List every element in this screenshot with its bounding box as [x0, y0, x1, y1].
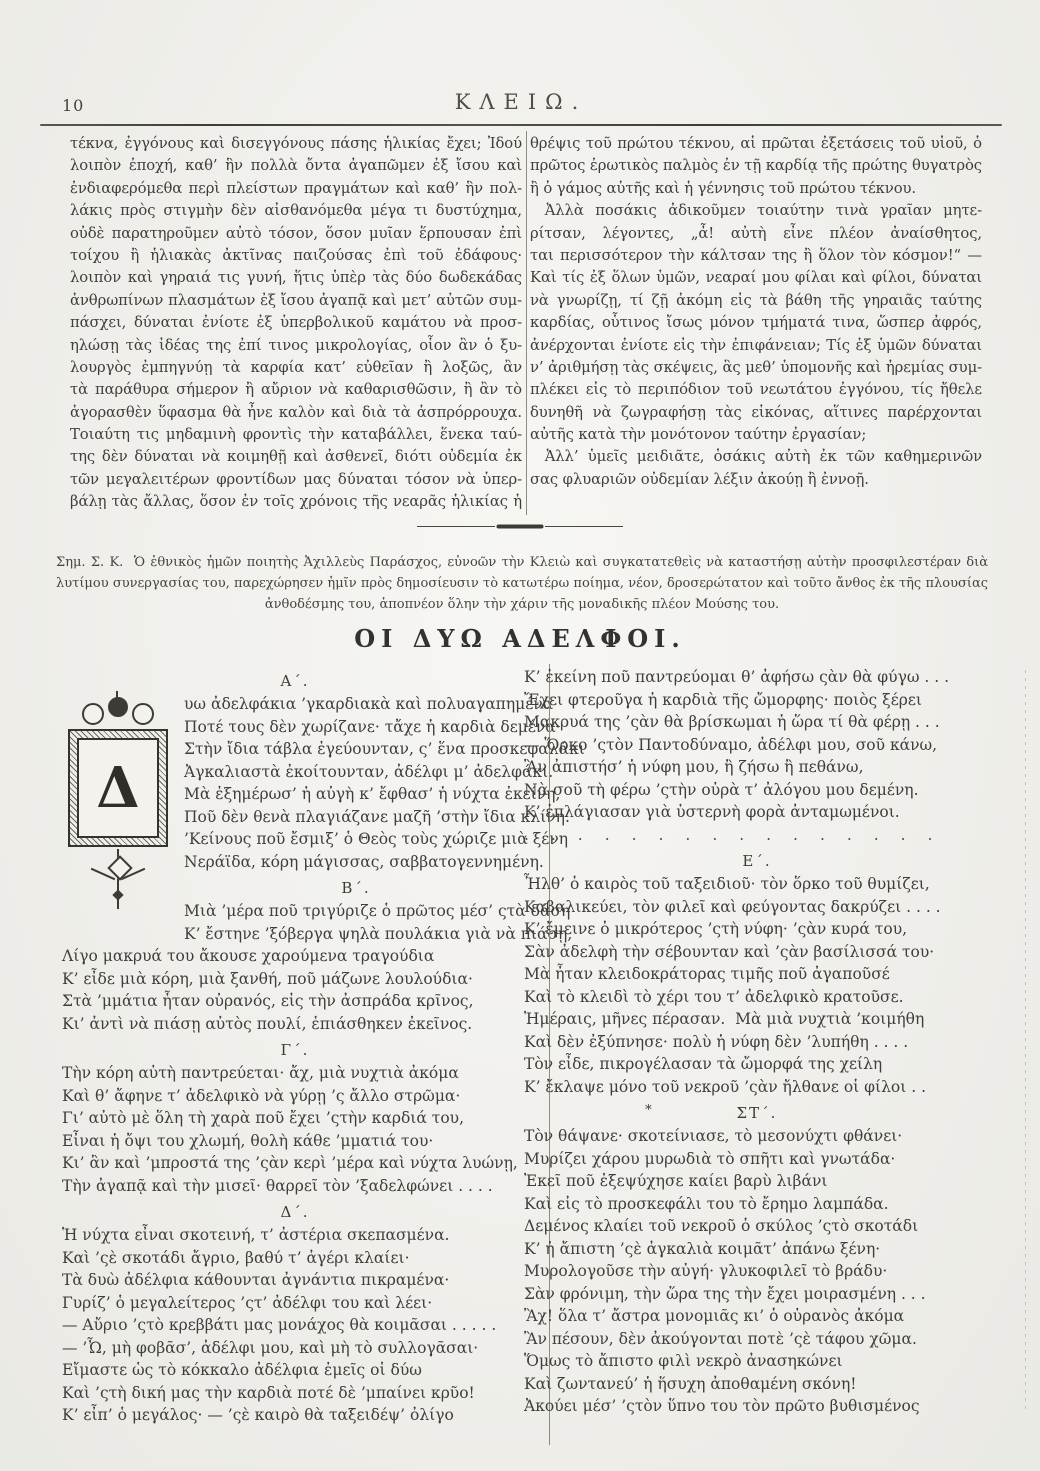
page-edge-artifact — [1025, 670, 1026, 1411]
poem-line: Λίγο μακρυά του ἄκουσε χαρούμενα τραγούδ… — [62, 945, 528, 968]
poem-line: Ἐκεῖ ποῦ ἐξεψύχησε καίει βαρὺ λιβάνι — [524, 1170, 990, 1193]
poem-line: Κ’ ἐπλάγιασαν γιὰ ὑστερνὴ φορὰ ἀνταμωμέν… — [524, 801, 990, 824]
poem-line: Ἀκούει μέσ’ ’ςτὸν ὕπνο του τὸν πρῶτο βυθ… — [524, 1395, 990, 1418]
poem-line: Καὶ ’ςὲ σκοτάδι ἄγριο, βαθύ τ’ ἀγέρι κλα… — [62, 1247, 528, 1270]
poem-line: Μακρυά της ’ςὰν θὰ βρίσκωμαι ἡ ὥρα τί θὰ… — [524, 711, 990, 734]
section-divider-ornament — [0, 519, 1040, 533]
ornament-top-flourish — [62, 695, 174, 729]
masthead-title: ΚΛΕΙΩ. — [40, 90, 1002, 114]
page-header: 10 ΚΛΕΙΩ. — [40, 88, 1002, 128]
poem-section-heading: Α΄. — [62, 671, 528, 691]
text-line: λάκις πρὸς στιγμὴν δὲν αἰσθανόμεθα μέγα … — [70, 200, 522, 222]
poem-line: Ἂν ἀπιστήσ’ ἡ νύφη μου, ἢ ζήσω ἢ πεθάνω, — [524, 756, 990, 779]
poem-line: Τὸν εἶδε, πικρογέλασαν τὰ ὤμορφά της χεί… — [524, 1053, 990, 1076]
text-line: ται περισσότερον τὴν κάλτσαν της ἢ ὅλον … — [530, 245, 982, 267]
poem-line: Κ’ ἡ ἄπιστη ’ςὲ ἀγκαλιὰ κοιμᾶτ’ ἀπάνω ξέ… — [524, 1238, 990, 1261]
poem-line: Στὰ ’μμάτια ἦταν οὐρανός, εἰς τὴν ἀσπράδ… — [62, 990, 528, 1013]
poem-line: Ἂχ! ὅλα τ’ ἄστρα μονομιᾶς κι’ ὁ οὐρανὸς … — [524, 1305, 990, 1328]
poem-line: Κ’ εἶδε μιὰ κόρη, μιὰ ξανθή, ποῦ μάζωνε … — [62, 968, 528, 991]
text-line: καρδίας, οὗτινος ἴσως μόνον τμήματά τινα… — [530, 312, 982, 334]
text-line: ἐνδιαφερόμεθα περὶ πλείστων πραγμάτων κα… — [70, 178, 522, 200]
dropcap-frame: Δ — [68, 729, 168, 847]
text-line: ἢ ὁ γάμος αὐτῆς καὶ ἡ γέννησις τοῦ πρώτο… — [530, 178, 982, 200]
poem-col-right: Κ’ ἐκείνη ποῦ παντρεύομαι θ’ ἀφήσω ςὰν θ… — [524, 666, 990, 1418]
poem-line: Μυρίζει χάρου μυρωδιὰ τὸ σπῆτι καὶ γνωτά… — [524, 1148, 990, 1171]
poem-line: Καὶ τὸ κλειδὶ τὸ χέρι του τ’ ἀδελφικὸ κρ… — [524, 986, 990, 1009]
text-line: της δὲν δύναται νὰ κοιμηθῇ καὶ ἀσθενεῖ, … — [70, 446, 522, 468]
poem-line: Κ’ ἔμεινε ὁ μικρότερος ’ςτὴ νύφη· ’ςὰν κ… — [524, 918, 990, 941]
poem-line: Νὰ σοῦ τὴ φέρω ’ςτὴν οὐρὰ τ’ ἀλόγου μου … — [524, 779, 990, 802]
text-line: ν’ ἀριθμήσῃ τὰς σκέψεις, ἃς μεθ’ ὑπομονῆ… — [530, 357, 982, 379]
poem-line: Καβαλικεύει, τὸν φιλεῖ καὶ φεύγοντας δακ… — [524, 896, 990, 919]
text-line: τῶν μεγαλειτέρων φροντίδων μας δύναται τ… — [70, 469, 522, 491]
text-line: Τοιαύτη τις μηδαμινὴ φροντὶς τὴν καταβάλ… — [70, 424, 522, 446]
poem-line: Τὴν ἀγαπᾷ καὶ τὴν μισεῖ· θαρρεῖ τὸν ’ξαδ… — [62, 1175, 528, 1198]
text-line: βάλῃ τὰς ἄλλας, ὅσον ἐν τοῖς χρόνοις τῆς… — [70, 491, 522, 513]
poem-line: Ἂν πέσουν, δὲν ἀκούγονται ποτὲ ’ςὲ τάφου… — [524, 1328, 990, 1351]
poem-section-heading: Ε΄. — [524, 851, 990, 871]
poem-line: Ἡμέραις, μῆνες πέρασαν. Μὰ μιὰ νυχτιὰ ’κ… — [524, 1008, 990, 1031]
poem-line: Κι’ ἂν καὶ ’μπροστά της ’ςὰν κερὶ ’μέρα … — [62, 1152, 528, 1175]
poem-line: Κι’ ἀντὶ νὰ πιάσῃ αὐτὸς πουλί, ἐπιάσθηκε… — [62, 1013, 528, 1036]
poem-title: ΟΙ ΔΥΩ ΑΔΕΛΦΟΙ. — [0, 624, 1040, 653]
text-line: πλέκει εἰς τὸ περιπόδιον τοῦ νεωτάτου ἐγ… — [530, 379, 982, 401]
poem-line: Τὸν θάψανε· σκοτείνιασε, τὸ μεσονύχτι φθ… — [524, 1125, 990, 1148]
column-divider — [526, 131, 527, 515]
text-line: πάσχει, δύναται ἐνίοτε ἐξ ὑπερβολικοῦ κα… — [70, 312, 522, 334]
article-col-left: τέκνα, ἐγγόνους καὶ δισεγγόνους πάσης ἡλ… — [70, 133, 522, 514]
poem-line: . . . . . . . . . . . . . . . . — [524, 824, 990, 847]
poem-line: Δεμένος κλαίει τοῦ νεκροῦ ὁ σκύλος ’ςτὸ … — [524, 1215, 990, 1238]
scanned-page: 10 ΚΛΕΙΩ. τέκνα, ἐγγόνους καὶ δισεγγόνου… — [0, 0, 1040, 1471]
text-line: νὰ γνωρίζῃ, τί ζῇ ἀκόμη εἰς τὰ βάθη τῆς … — [530, 290, 982, 312]
text-line: λοιπὸν καὶ γηραιά τις γυνή, ἥτις ὑπὲρ τὰ… — [70, 267, 522, 289]
poem-section-heading: ΣΤ΄.* — [524, 1103, 990, 1123]
poem-line: Κ’ ἐκείνη ποῦ παντρεύομαι θ’ ἀφήσω ςὰν θ… — [524, 666, 990, 689]
poem-line: — Αὔριο ’ςτὸ κρεββάτι μας μονάχος θὰ κοι… — [62, 1314, 528, 1337]
poem-line: Καὶ δὲν ἐξύπνησε· πολὺ ἡ νύφη δὲν ’λυπήθ… — [524, 1031, 990, 1054]
poem-col-left: Α΄. Δ υω ἀδελφάκια ’γκαρδιακὰ καὶ πολυαγ… — [62, 666, 528, 1427]
text-line: ἀγορασθὲν ὕφασμα θὰ ἦνε καλὸν καὶ διὰ τὰ… — [70, 402, 522, 424]
poem-section: Α΄. Δ υω ἀδελφάκια ’γκαρδιακὰ καὶ πολυαγ… — [62, 666, 992, 1449]
poem-line: Ἦλθ’ ὁ καιρὸς τοῦ ταξειδιοῦ· τὸν ὅρκο το… — [524, 873, 990, 896]
text-line: ηλώσῃ τὰς ἰδέας της ἐπί τινος μικρολογία… — [70, 335, 522, 357]
poem-line: Μυρολογοῦσε τὴν αὐγή· γλυκοφιλεῖ τὸ βράδ… — [524, 1260, 990, 1283]
text-line: Ἀλλὰ ποσάκις ἀδικοῦμεν τοιαύτην τινὰ γρα… — [530, 200, 982, 222]
poem-line: Εἶναι ἡ ὄψι του χλωμή, θολὴ κάθε ’μματιά… — [62, 1130, 528, 1153]
poem-line: Καὶ ζωντανεύ’ ἡ ἥσυχη ἀποθαμένη σκόνη! — [524, 1373, 990, 1396]
text-line: Ἀλλ’ ὑμεῖς μειδιᾶτε, ὁσάκις αὐτὴ ἐκ τῶν … — [530, 446, 982, 468]
poem-line: Τὰ δυὼ ἀδέλφια κάθουνται ἀγνάντια πικραμ… — [62, 1269, 528, 1292]
poem-line: — ’Ὦ, μὴ φοβᾶσ’, ἀδέλφι μου, καὶ μὴ τὸ σ… — [62, 1337, 528, 1360]
divider-ornament-center — [497, 525, 543, 528]
editor-note: Σημ. Σ. Κ. Ὁ ἐθνικὸς ἡμῶν ποιητὴς Ἀχιλλε… — [56, 552, 988, 615]
text-line: Καὶ τίς ἐξ ὅλων ὑμῶν, νεαραί μου φίλαι κ… — [530, 267, 982, 289]
poem-line: Καὶ εἰς τὸ προσκεφάλι του τὸ ἔρημο λαμπά… — [524, 1193, 990, 1216]
poem-section-heading: Γ΄. — [62, 1040, 528, 1060]
text-line: δυνηθῆ νὰ ζωγραφήσῃ τὰς εἰκόνας, αἵτινες… — [530, 402, 982, 424]
poem-line: Σὰν ἀδελφὴ τὴν σέβουνταν καὶ ’ςὰν βασίλι… — [524, 941, 990, 964]
poem-line: Καὶ ’ςτὴ δική μας τὴν καρδιὰ ποτέ δὲ ’μπ… — [62, 1382, 528, 1405]
poem-line: Γι’ αὐτὸ μὲ ὅλη τὴ χαρὰ ποῦ ἔχει ’ςτὴν κ… — [62, 1107, 528, 1130]
poem-line: Ἔχει φτεροῦγα ἡ καρδιὰ τῆς ὤμορφης· ποιὸ… — [524, 689, 990, 712]
poem-line: Εἴμαστε ὡς τὸ κόκκαλο ἀδέλφια ἐμεῖς οἱ δ… — [62, 1359, 528, 1382]
header-rule — [40, 124, 1002, 126]
poem-line: Κ’ ἔκλαψε μόνο τοῦ νεκροῦ ’ςὰν ἤλθανε οἱ… — [524, 1076, 990, 1099]
poem-line: Ὅμως τὸ ἄπιστο φιλὶ νεκρὸ ἀνασηκώνει — [524, 1350, 990, 1373]
poem-line: Γυρίζ’ ὁ μεγαλείτερος ’ςτ’ ἀδέλφι του κα… — [62, 1292, 528, 1315]
text-line: λυτίμου συνεργασίας του, παρεχώρησεν ἡμῖ… — [56, 573, 988, 594]
text-line: Σημ. Σ. Κ. Ὁ ἐθνικὸς ἡμῶν ποιητὴς Ἀχιλλε… — [56, 552, 988, 573]
text-line: σας φλυαριῶν οὐδεμίαν λέξιν ἀκούῃ ἢ ἐννο… — [530, 469, 982, 491]
poem-line: Ἡ νύχτα εἶναι σκοτεινή, τ’ ἀστέρια σκεπα… — [62, 1224, 528, 1247]
text-line: λουργὸς ἐμπηγνύῃ τὰ καρφία κατ’ εὐθεῖαν … — [70, 357, 522, 379]
text-line: ἀνθοδέσμης του, ἀποπνέον ὅλην τὴν χάριν … — [56, 594, 988, 615]
poem-line: Τὴν κόρη αὐτὴ παντρεύεται· ἄχ, μιὰ νυχτι… — [62, 1062, 528, 1085]
poem-section-heading: Β΄. — [62, 878, 528, 898]
article-section: τέκνα, ἐγγόνους καὶ δισεγγόνους πάσης ἡλ… — [70, 133, 982, 519]
text-line: τέκνα, ἐγγόνους καὶ δισεγγόνους πάσης ἡλ… — [70, 133, 522, 155]
dropcap-letter: Δ — [96, 760, 139, 816]
poem-line: — Ὅρκο ’ςτὸν Παντοδύναμο, ἀδέλφι μου, σο… — [524, 734, 990, 757]
text-line: πρῶτος ἐρωτικὸς παλμὸς ἐν τῇ καρδίᾳ τῆς … — [530, 155, 982, 177]
divider-line-left — [417, 526, 495, 527]
poem-line: Κ’ εἶπ’ ὁ μεγάλος· — ’ςὲ καιρὸ θὰ ταξειδ… — [62, 1404, 528, 1427]
text-line: λοιπὸν ἐποχή, καθ’ ἣν πολλὰ ὄντα ἀγαπῶμε… — [70, 155, 522, 177]
text-line: ρίτσαν, λέγοντες, „ἆ! αὐτὴ εἶνε πλέον ἀν… — [530, 223, 982, 245]
text-line: ἀνθρωπίνων πλασμάτων ἐξ ἴσου ἀγαπᾷ καὶ μ… — [70, 290, 522, 312]
section-asterisk: * — [645, 1101, 654, 1121]
poem-line: Σὰν φρόνιμη, τὴν ὥρα της τὴν ἔχει μοιρασ… — [524, 1283, 990, 1306]
divider-line-right — [545, 526, 623, 527]
text-line: τοίχου ἢ ἡλιακὰς ἀκτῖνας παιζούσας ἐπὶ τ… — [70, 245, 522, 267]
text-line: τὰ παράθυρα σήμερον ἢ αὔριον νὰ καθαρισθ… — [70, 379, 522, 401]
poem-line: Καὶ θ’ ἄφηνε τ’ ἀδελφικὸ νὰ γύρῃ ’ς ἄλλο… — [62, 1085, 528, 1108]
poem-line: Μὰ ἦταν κλειδοκράτορας τιμῆς ποῦ ἀγαποῦσ… — [524, 963, 990, 986]
poem-line: Κ’ ἔστηνε ’ξόβεργα ψηλὰ πουλάκια γιὰ νὰ … — [62, 923, 528, 946]
poem-section-heading: Δ΄. — [62, 1202, 528, 1222]
article-col-right: θρέψις τοῦ πρώτου τέκνου, αἱ πρῶται ἐξετ… — [530, 133, 982, 491]
text-line: θρέψις τοῦ πρώτου τέκνου, αἱ πρῶται ἐξετ… — [530, 133, 982, 155]
text-line: αὐτῆς κατὰ τὴν μονότονον ταύτην ἐργασίαν… — [530, 424, 982, 446]
text-line: ἀνέρχονται ἐνίοτε εἰς τὴν ἐπιφάνειαν; Τί… — [530, 335, 982, 357]
text-line: οὐδὲ παρατηροῦμεν αὐτὸ τόσον, ὅσον μυῖαν… — [70, 223, 522, 245]
